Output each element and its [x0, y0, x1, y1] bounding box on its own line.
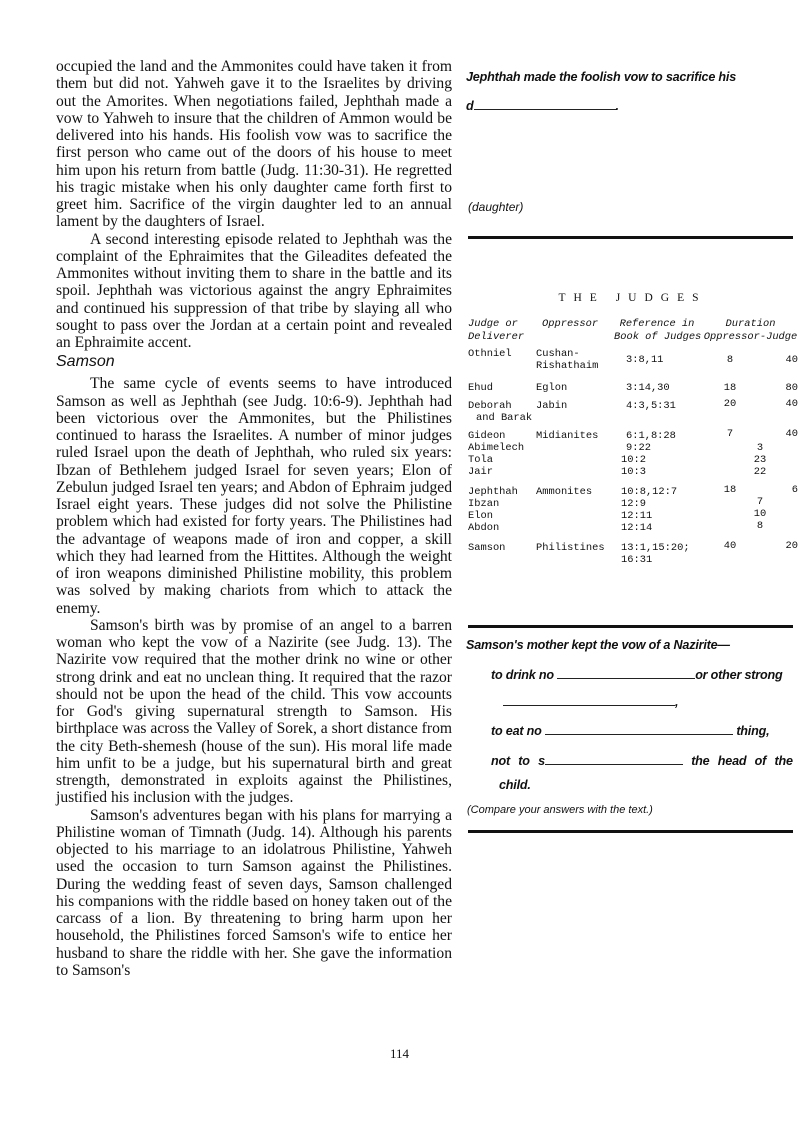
cell-oppressor-years: 18 [720, 382, 740, 394]
cell-judge-years: 23 [750, 454, 770, 466]
answer-blank-wine[interactable] [557, 667, 695, 679]
cell-judge: Abimelech [468, 442, 524, 454]
cell-oppressor: Midianites [536, 430, 598, 442]
cell-reference: 12:11 [621, 510, 652, 522]
question-2-line-4: not to s the head of the [491, 753, 793, 768]
answer-blank-unclean[interactable] [545, 723, 733, 735]
compare-instruction: (Compare your answers with the text.) [467, 804, 653, 816]
cell-judge: Deborah [468, 400, 512, 412]
header-oppressor: Oppressor [542, 318, 598, 331]
question-1-answer: (daughter) [468, 200, 523, 214]
line-prefix: to eat no [491, 724, 542, 738]
section-heading-samson: Samson [56, 352, 452, 372]
cell-judge: Elon [468, 510, 493, 522]
cell-reference: 13:1,15:20; [621, 542, 690, 554]
cell-judge-years: 10 [750, 508, 770, 520]
line-suffix: thing, [736, 724, 769, 738]
cell-oppressor: Rishathaim [536, 360, 598, 372]
body-text-column: occupied the land and the Ammonites coul… [56, 58, 452, 979]
cell-judge: Tola [468, 454, 493, 466]
cell-reference: 6:1,8:28 [626, 430, 676, 442]
line-suffix: the head of the [691, 754, 793, 768]
cell-oppressor-years: 18 [720, 484, 740, 496]
paragraph-ephraimites: A second interesting episode related to … [56, 231, 452, 352]
cell-judge-years: 7 [750, 496, 770, 508]
paragraph-jephthah-vow: occupied the land and the Ammonites coul… [56, 58, 452, 231]
header-judge: Judge or Deliverer [468, 318, 524, 344]
paragraph-samson-birth: Samson's birth was by promise of an ange… [56, 617, 452, 807]
question-2-line-3: to eat no thing, [491, 723, 769, 738]
cell-judge: Othniel [468, 348, 512, 360]
cell-oppressor-years: 20 [720, 398, 740, 410]
cell-reference: 3:8,11 [626, 354, 663, 366]
cell-judge-years: 80 [778, 382, 798, 394]
cell-judge: Gideon [468, 430, 505, 442]
cell-judge: Jephthah [468, 486, 518, 498]
cell-reference: 16:31 [621, 554, 652, 566]
question-2-line-1: to drink no or other strong [491, 667, 782, 682]
textbook-page: occupied the land and the Ammonites coul… [0, 0, 799, 1146]
answer-blank-shave[interactable] [545, 753, 683, 765]
cell-judge-years: 22 [750, 466, 770, 478]
cell-reference: 4:3,5:31 [626, 400, 676, 412]
cell-oppressor-years: 7 [720, 428, 740, 440]
question-2-line-2: , [503, 694, 678, 709]
line-suffix: , [675, 695, 678, 709]
cell-reference: 3:14,30 [626, 382, 670, 394]
cell-judge: and Barak [476, 412, 532, 424]
cell-judge-years: 3 [750, 442, 770, 454]
cell-reference: 10:3 [621, 466, 646, 478]
divider-rule [468, 625, 793, 628]
header-duration: Duration Oppressor-Judge [702, 318, 799, 344]
cell-judge: Ehud [468, 382, 493, 394]
divider-rule [468, 236, 793, 239]
question-1-prompt: Jephthah made the foolish vow to sacrifi… [466, 70, 736, 84]
paragraph-samson-intro: The same cycle of events seems to have i… [56, 375, 452, 617]
cell-reference: 10:8,12:7 [621, 486, 677, 498]
cell-reference: 12:9 [621, 498, 646, 510]
cell-judge-years: 40 [778, 398, 798, 410]
blank-prefix: d [466, 99, 474, 113]
line-prefix: to drink no [491, 668, 554, 682]
cell-oppressor: Philistines [536, 542, 605, 554]
cell-judge: Ibzan [468, 498, 499, 510]
cell-oppressor-years: 8 [720, 354, 740, 366]
cell-judge: Abdon [468, 522, 499, 534]
cell-judge-years: 40 [778, 428, 798, 440]
line-suffix: or other strong [695, 668, 782, 682]
question-1-blank-line: d. [466, 98, 619, 113]
cell-oppressor-years: 40 [720, 540, 740, 552]
header-reference: Reference in Book of Judges [614, 318, 700, 344]
cell-judge: Jair [468, 466, 493, 478]
answer-blank[interactable] [474, 98, 616, 110]
cell-judge-years: 8 [750, 520, 770, 532]
cell-reference: 10:2 [621, 454, 646, 466]
cell-oppressor: Cushan- [536, 348, 580, 360]
table-title: THE JUDGES [466, 292, 799, 304]
divider-rule [468, 830, 793, 833]
question-2-line-5: child. [499, 778, 531, 792]
question-2-prompt: Samson's mother kept the vow of a Naziri… [466, 638, 730, 652]
cell-judge-years: 40 [778, 354, 798, 366]
paragraph-samson-adventures: Samson's adventures began with his plans… [56, 807, 452, 980]
cell-judge-years: 6 [778, 484, 798, 496]
cell-judge-years: 20 [778, 540, 798, 552]
page-number: 114 [0, 1046, 799, 1062]
line-prefix: not to s [491, 754, 545, 768]
cell-oppressor: Jabin [536, 400, 567, 412]
cell-reference: 9:22 [626, 442, 651, 454]
blank-suffix: . [616, 99, 619, 113]
answer-blank-drink[interactable] [503, 694, 675, 706]
cell-oppressor: Ammonites [536, 486, 592, 498]
cell-judge: Samson [468, 542, 505, 554]
cell-reference: 12:14 [621, 522, 652, 534]
cell-oppressor: Eglon [536, 382, 567, 394]
